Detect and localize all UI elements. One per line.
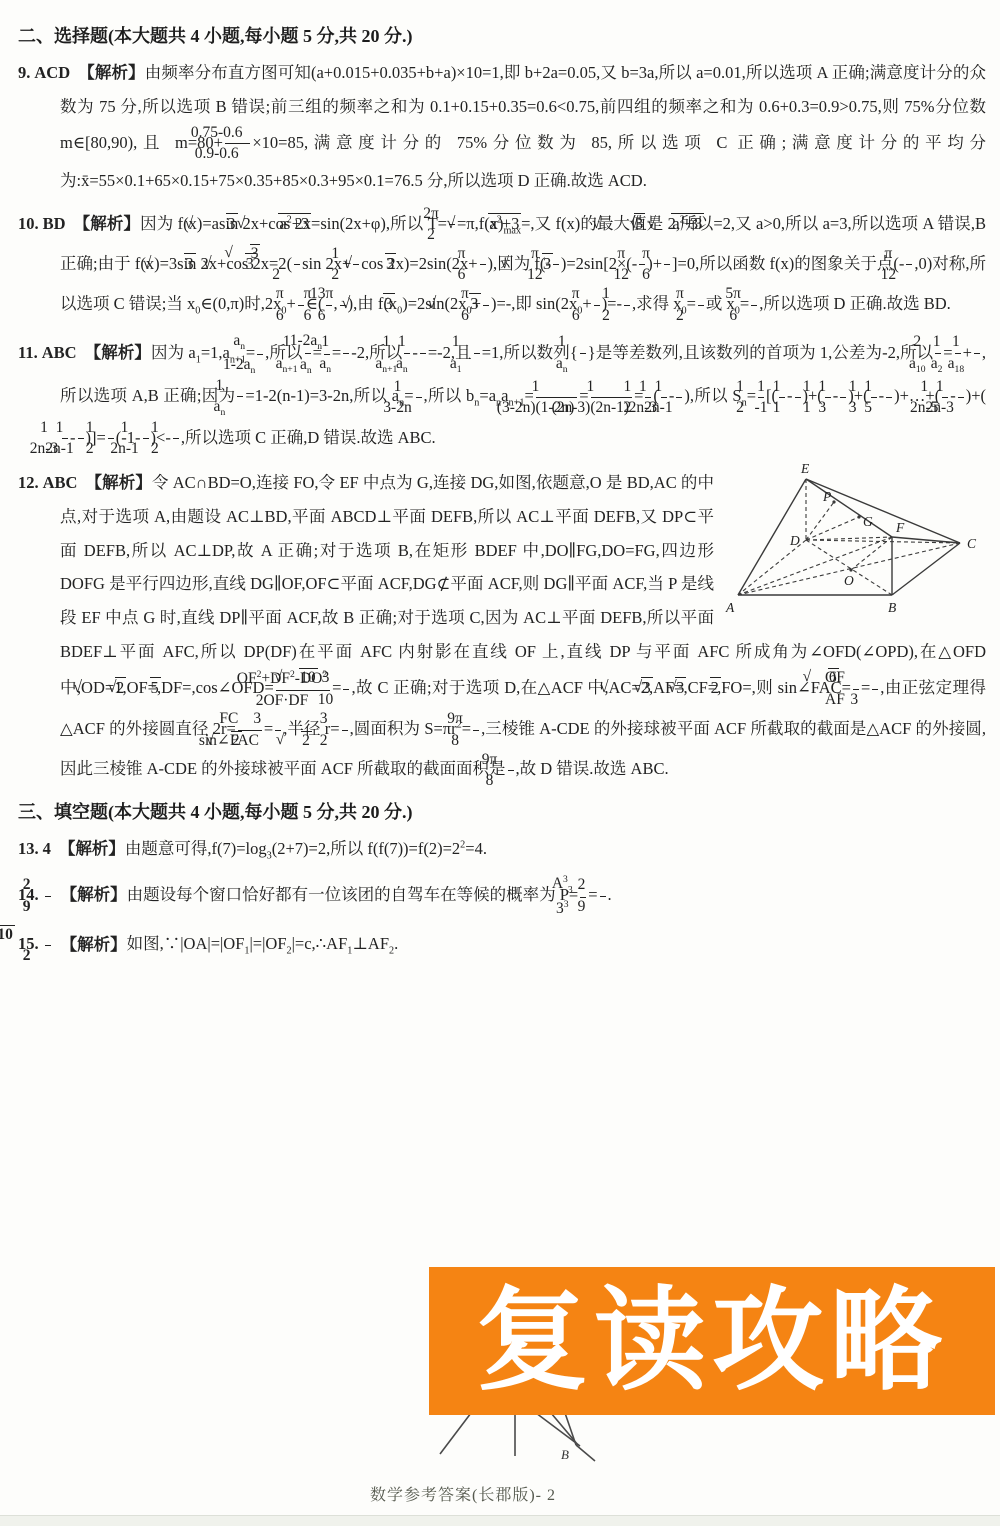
answer-text: 29	[43, 885, 53, 904]
vertex-label-b: B	[888, 600, 896, 615]
answer-text: ABC	[43, 473, 78, 492]
question-number: 9.	[18, 63, 30, 82]
vertex-label-d: D	[789, 533, 800, 548]
question-number: 10.	[18, 214, 39, 233]
question-15: 15.√102【解析】如图,∵|OA|=|OF1|=|OF2|=c,∴AF1⊥A…	[18, 926, 986, 966]
question-13: 13.4【解析】由题意可得,f(7)=log3(2+7)=2,所以 f(f(7)…	[18, 832, 986, 867]
vertex-label-g: G	[863, 514, 873, 529]
answer-text: 4	[43, 839, 51, 858]
answer-text: ABC	[42, 343, 77, 362]
question-12: E P G D F C O A B 12.ABC【解析】令 AC∩BD=O,连接…	[18, 466, 986, 791]
question-9: 9.ACD【解析】由频率分布直方图可知(a+0.015+0.035+b+a)×1…	[18, 56, 986, 198]
answer-text: √102	[43, 934, 53, 953]
solution-text: 由题意可得,f(7)=log3(2+7)=2,所以 f(f(7))=f(2)=2…	[125, 839, 487, 858]
vertex-label-f: F	[895, 520, 905, 535]
answer-text: BD	[43, 214, 66, 233]
question-number: 12.	[18, 473, 39, 492]
scan-edge	[0, 1515, 1000, 1526]
solution-text: 因为 f(x)=asin 2x+√3cos 2x=√a2+3sin(2x+φ),…	[60, 214, 986, 313]
vertex-label-o: O	[844, 573, 854, 588]
solution-text: 由题设每个窗口恰好都有一位该团的自驾车在等候的概率为 P=A3333=29.	[127, 885, 612, 904]
section-title-fill-blank: 三、填空题(本大题共 4 小题,每小题 5 分,共 20 分.)	[18, 798, 986, 824]
solution-text: 因为 a1=1,an+1=an1-2an,所以1an+1=1-2anan=1an…	[60, 343, 986, 446]
question-10: 10.BD【解析】因为 f(x)=asin 2x+√3cos 2x=√a2+3s…	[18, 205, 986, 326]
analysis-tag: 【解析】	[59, 839, 125, 858]
vertex-label-a: A	[725, 600, 735, 615]
answer-text: ACD	[34, 63, 70, 82]
analysis-tag: 【解析】	[85, 473, 151, 492]
question15-partial-figure: B	[418, 1411, 608, 1466]
vertex-label-b: B	[561, 1447, 569, 1462]
analysis-tag: 【解析】	[61, 934, 127, 953]
analysis-tag: 【解析】	[74, 214, 141, 233]
solution-text: 由频率分布直方图可知(a+0.015+0.035+b+a)×10=1,即 b+2…	[60, 63, 986, 190]
vertex-label-c: C	[967, 536, 977, 551]
analysis-tag: 【解析】	[61, 885, 127, 904]
vertex-label-p: P	[822, 489, 831, 504]
vertex-label-e: E	[800, 462, 810, 476]
question-14: 14.29【解析】由题设每个窗口恰好都有一位该团的自驾车在等候的概率为 P=A3…	[18, 874, 986, 919]
question-number: 11.	[18, 343, 38, 362]
analysis-tag: 【解析】	[85, 343, 151, 362]
promo-banner-text: 复读攻略	[476, 1285, 948, 1397]
answer-sheet-page: 二、选择题(本大题共 4 小题,每小题 5 分,共 20 分.) 9.ACD【解…	[0, 0, 1000, 1526]
page-footer: 数学参考答案(长郡版)- 2	[370, 1482, 556, 1505]
section-title-multiple-choice: 二、选择题(本大题共 4 小题,每小题 5 分,共 20 分.)	[18, 22, 986, 48]
answers-content: 二、选择题(本大题共 4 小题,每小题 5 分,共 20 分.) 9.ACD【解…	[0, 0, 1000, 973]
solution-text: 如图,∵|OA|=|OF1|=|OF2|=c,∴AF1⊥AF2.	[127, 934, 399, 953]
question-number: 13.	[18, 839, 39, 858]
solid-geometry-figure: E P G D F C O A B	[724, 462, 986, 624]
question-11: 11.ABC【解析】因为 a1=1,an+1=an1-2an,所以1an+1=1…	[18, 332, 986, 459]
promo-banner: 复读攻略	[429, 1267, 995, 1415]
analysis-tag: 【解析】	[78, 63, 145, 82]
